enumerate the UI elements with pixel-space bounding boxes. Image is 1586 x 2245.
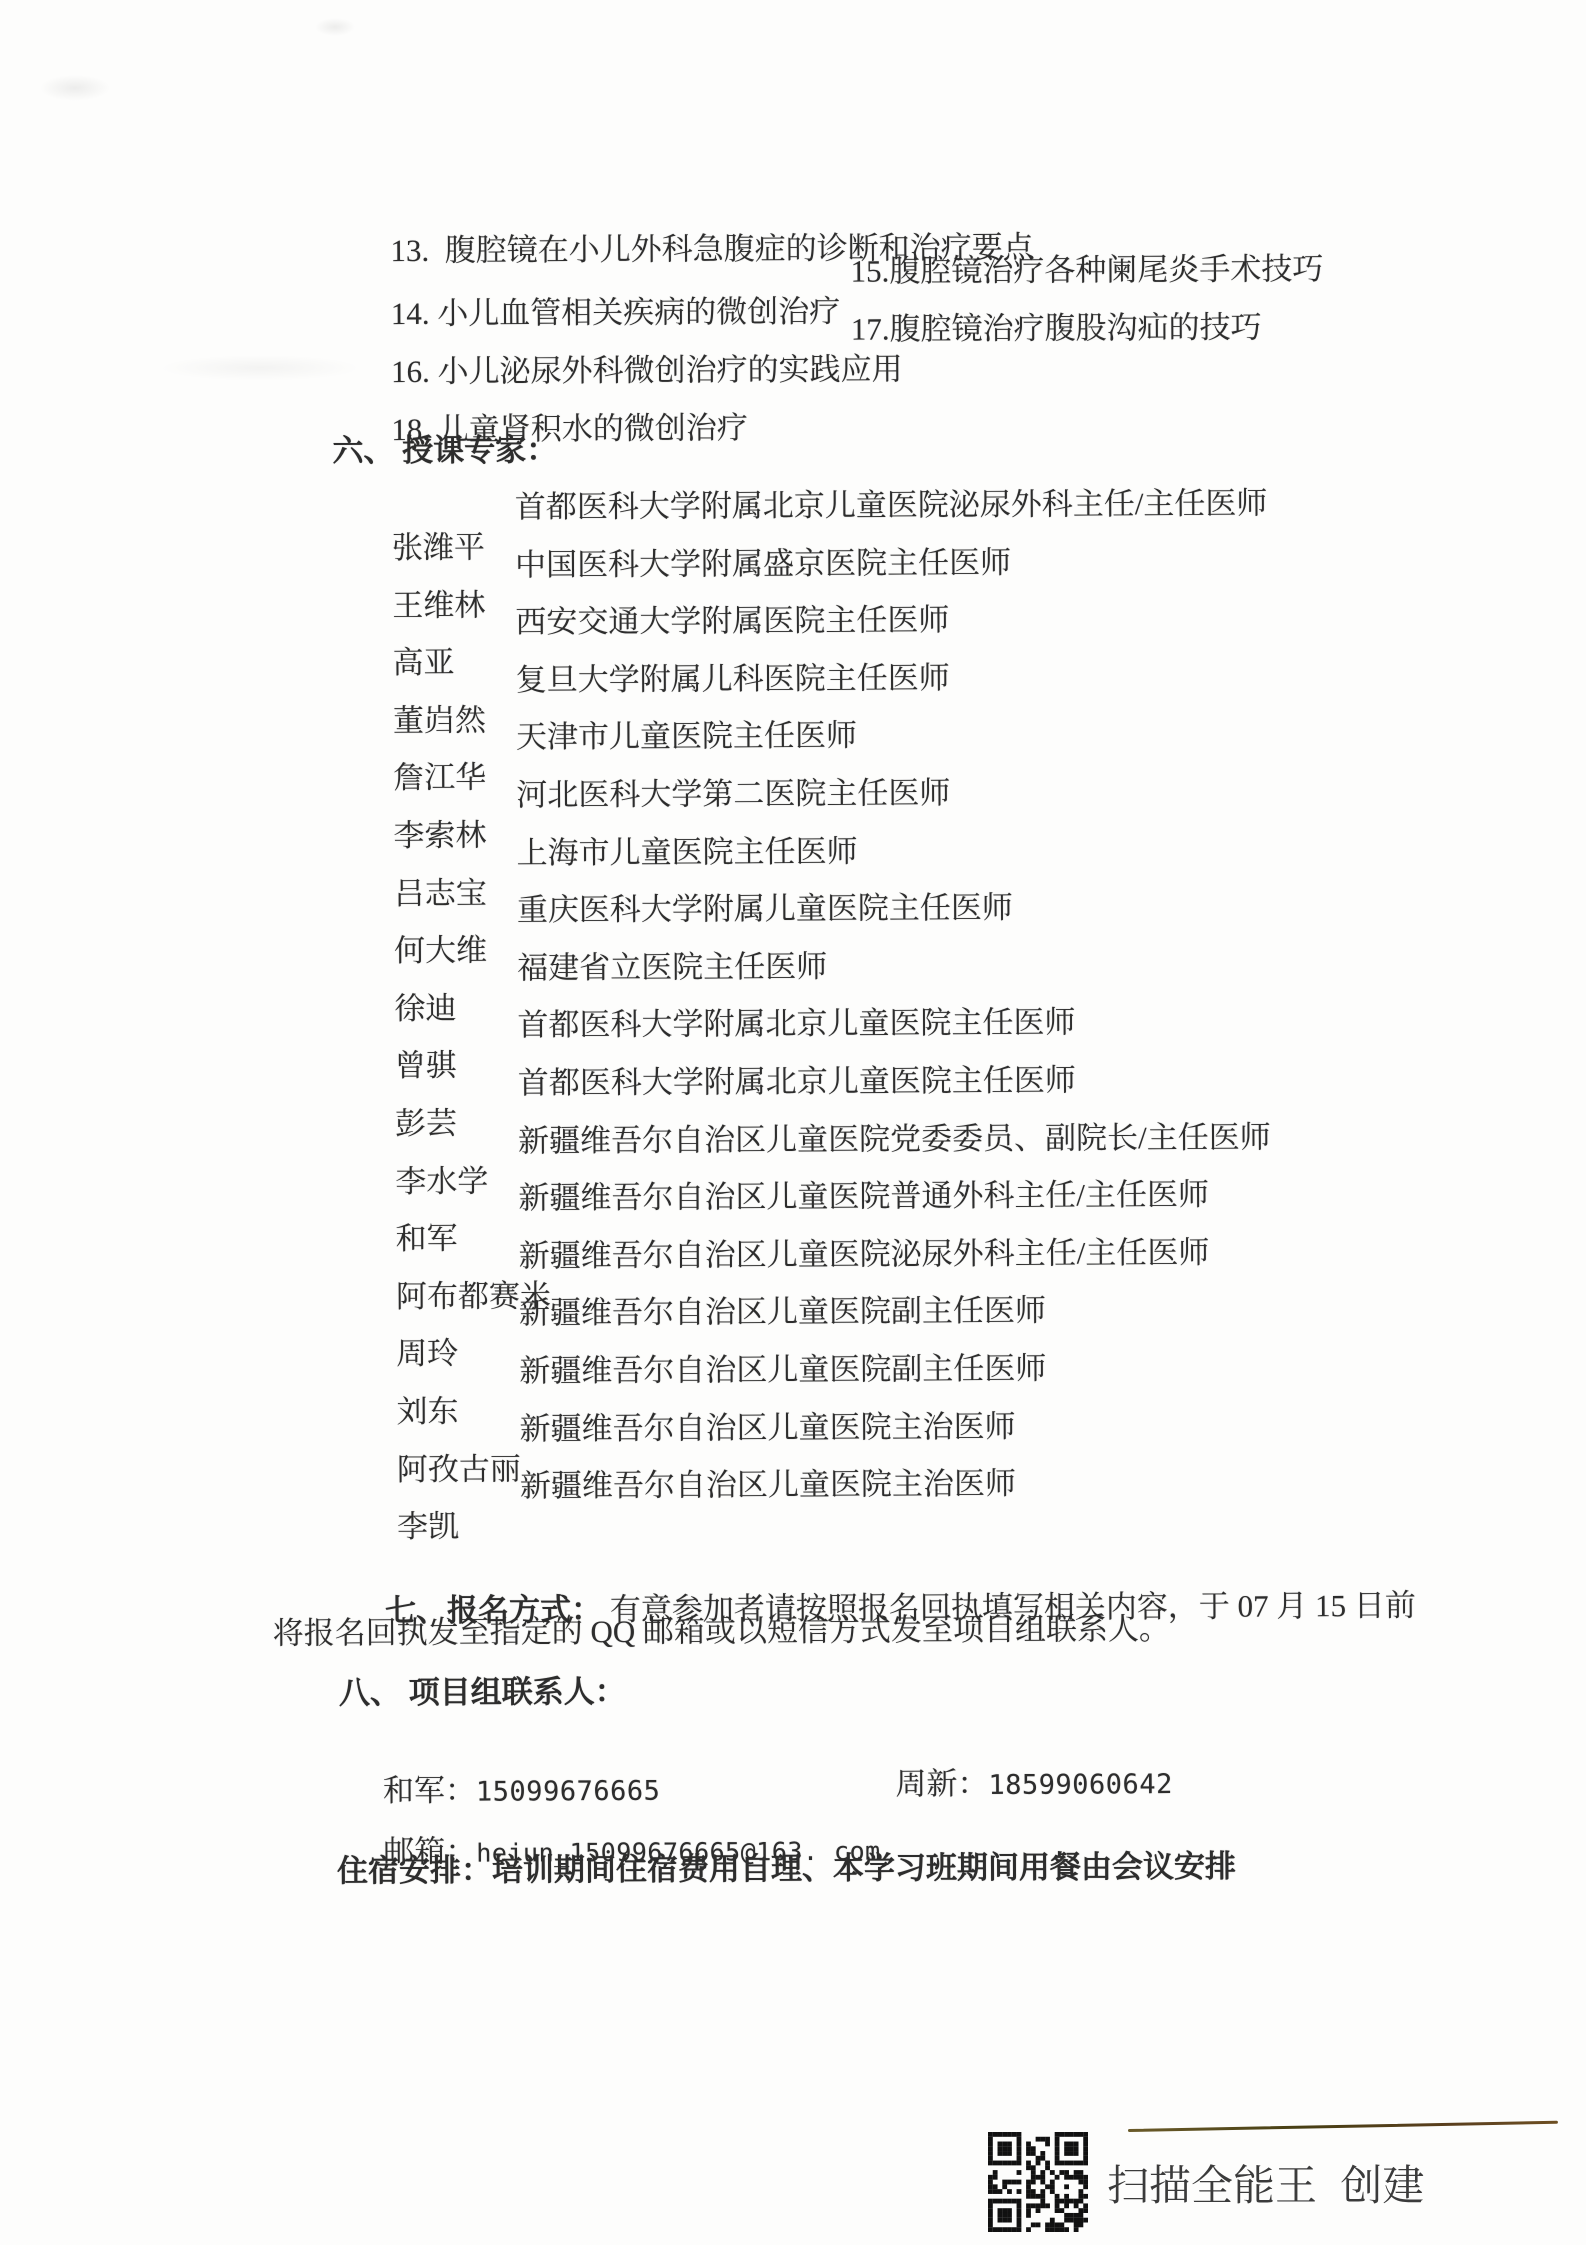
lecturer-affiliation: 福建省立医院主任医师 xyxy=(517,947,827,989)
lecturer-row: 张潍平 首都医科大学附属北京儿童医院泌尿外科主任/主任医师 xyxy=(0,482,1583,548)
lecturer-row: 刘东 新疆维吾尔自治区儿童医院副主任医师 xyxy=(1,1346,1586,1412)
topic-item-right: 17.腹腔镜治疗腹股沟疝的技巧 xyxy=(851,308,1262,350)
section-heading-lecturers: 六、 授课专家： xyxy=(332,430,557,471)
lecturer-affiliation: 新疆维吾尔自治区儿童医院普通外科主任/主任医师 xyxy=(518,1175,1209,1219)
lecturer-row: 何大维 重庆医科大学附属儿童医院主任医师 xyxy=(0,885,1585,951)
lecturer-affiliation: 上海市儿童医院主任医师 xyxy=(516,831,857,873)
lecturer-affiliation: 西安交通大学附属医院主任医师 xyxy=(515,600,949,642)
course-topics-list: 13. 腹腔镜在小儿外科急腹症的诊断和治疗要点 14. 小儿血管相关疾病的微创治… xyxy=(0,0,1580,4)
lecturer-affiliation: 河北医科大学第二医院主任医师 xyxy=(516,773,950,815)
lodging-line: 住宿安排：培训期间住宿费用自理、本学习班期间用餐由会议安排 xyxy=(337,1847,1236,1892)
lecturer-row: 阿布都赛米 新疆维吾尔自治区儿童医院泌尿外科主任/主任医师 xyxy=(1,1231,1586,1297)
document-content: 13. 腹腔镜在小儿外科急腹症的诊断和治疗要点 14. 小儿血管相关疾病的微创治… xyxy=(0,0,1586,2245)
scanned-document-page: 13. 腹腔镜在小儿外科急腹症的诊断和治疗要点 14. 小儿血管相关疾病的微创治… xyxy=(0,0,1586,2245)
lecturer-row: 和军 新疆维吾尔自治区儿童医院普通外科主任/主任医师 xyxy=(0,1173,1586,1239)
lecturer-affiliation: 新疆维吾尔自治区儿童医院泌尿外科主任/主任医师 xyxy=(519,1233,1210,1277)
lecturer-row: 吕志宝 上海市儿童医院主任医师 xyxy=(0,827,1585,893)
lecturer-row: 董岿然 复旦大学附属儿科医院主任医师 xyxy=(0,655,1584,721)
contact2-phone: 18599060642 xyxy=(988,1769,1172,1801)
lecturer-row: 李索林 河北医科大学第二医院主任医师 xyxy=(0,770,1584,836)
lecturer-affiliation: 首都医科大学附属北京儿童医院主任医师 xyxy=(518,1060,1076,1103)
contact2-name-label: 周新： xyxy=(895,1766,988,1801)
contact2: 周新：18599060642 xyxy=(833,1723,1173,1847)
lecturer-name: 李凯 xyxy=(397,1509,459,1544)
lecturer-row: 李水学 新疆维吾尔自治区儿童医院党委委员、副院长/主任医师 xyxy=(0,1115,1586,1181)
lecturer-affiliation: 新疆维吾尔自治区儿童医院主治医师 xyxy=(519,1406,1015,1449)
lecturer-affiliation: 新疆维吾尔自治区儿童医院副主任医师 xyxy=(519,1349,1046,1392)
paper-smudge xyxy=(160,355,360,381)
topic-item-right: 15.腹腔镜治疗各种阑尾炎手术技巧 xyxy=(850,249,1323,291)
lecturer-row: 高亚 西安交通大学附属医院主任医师 xyxy=(0,597,1584,663)
section-heading-contacts: 八、 项目组联系人： xyxy=(339,1672,626,1714)
lecturer-affiliation: 复旦大学附属儿科医院主任医师 xyxy=(516,658,950,700)
lecturer-affiliation: 中国医科大学附属盛京医院主任医师 xyxy=(515,542,1011,585)
lecturer-row: 阿孜古丽 新疆维吾尔自治区儿童医院主治医师 xyxy=(2,1403,1586,1469)
lecturer-row: 徐迪 福建省立医院主任医师 xyxy=(0,943,1585,1009)
lecturer-affiliation: 首都医科大学附属北京儿童医院泌尿外科主任/主任医师 xyxy=(515,484,1268,528)
lecturer-row: 彭芸 首都医科大学附属北京儿童医院主任医师 xyxy=(0,1058,1586,1124)
lecturer-affiliation: 新疆维吾尔自治区儿童医院副主任医师 xyxy=(519,1291,1046,1334)
qr-code xyxy=(988,2132,1088,2232)
lecturer-row: 曾骐 首都医科大学附属北京儿童医院主任医师 xyxy=(0,1000,1586,1066)
lecturer-affiliation: 新疆维吾尔自治区儿童医院党委委员、副院长/主任医师 xyxy=(518,1117,1271,1161)
lecturer-affiliation: 天津市儿童医院主任医师 xyxy=(516,716,857,758)
registration-paragraph-line2: 将报名回执发至指定的 QQ 邮箱或以短信方式发至项目组联系人。 xyxy=(273,1609,1170,1654)
lecturer-row: 周玲 新疆维吾尔自治区儿童医院副主任医师 xyxy=(1,1288,1586,1354)
lecturer-row: 李凯 新疆维吾尔自治区儿童医院主治医师 xyxy=(2,1461,1586,1527)
lecturer-row: 王维林 中国医科大学附属盛京医院主任医师 xyxy=(0,539,1583,605)
paper-smudge xyxy=(315,18,355,36)
lecturer-affiliation: 新疆维吾尔自治区儿童医院主治医师 xyxy=(520,1464,1016,1507)
lecturer-affiliation: 重庆医科大学附属儿童医院主任医师 xyxy=(517,888,1013,931)
lecturer-list: 张潍平 首都医科大学附属北京儿童医院泌尿外科主任/主任医师 王维林 中国医科大学… xyxy=(0,482,1586,1527)
paper-smudge xyxy=(40,75,110,101)
lecturer-affiliation: 首都医科大学附属北京儿童医院主任医师 xyxy=(517,1003,1075,1046)
scanner-watermark: 扫描全能王 创建 xyxy=(1107,2153,1424,2213)
lecturer-row: 詹江华 天津市儿童医院主任医师 xyxy=(0,712,1584,778)
